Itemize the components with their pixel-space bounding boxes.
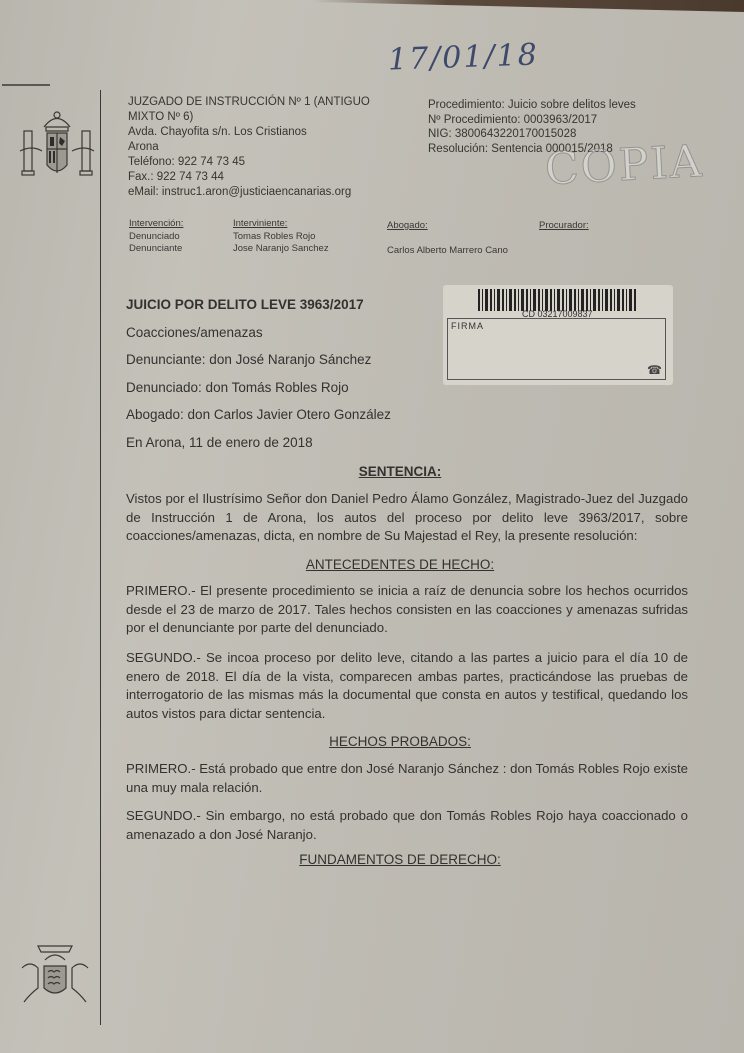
antecedente-primero: PRIMERO.- El presente procedimiento se i… xyxy=(126,582,688,638)
party-lawyer: Carlos Alberto Marrero Cano xyxy=(387,245,508,258)
barcode xyxy=(478,289,638,311)
party-role: Denunciado xyxy=(129,231,183,244)
document-page: 17/01/18 xyxy=(0,0,744,1053)
signature-box: FIRMA ☎ xyxy=(447,318,666,380)
pen-mark xyxy=(2,84,50,86)
spain-coat-of-arms-icon xyxy=(14,105,100,195)
signature-label: FIRMA xyxy=(451,321,484,331)
case-lawyer: Abogado: don Carlos Javier Otero Gonzále… xyxy=(126,407,391,435)
party-name: Tomas Robles Rojo xyxy=(233,231,329,244)
case-title: JUICIO POR DELITO LEVE 3963/2017 xyxy=(126,297,391,325)
case-subject: Coacciones/amenazas xyxy=(126,325,391,353)
party-lawyer-empty xyxy=(387,233,508,246)
parties-header-procurador: Procurador: xyxy=(539,220,589,233)
handwritten-date: 17/01/18 xyxy=(387,37,539,77)
canary-islands-coat-of-arms-icon xyxy=(12,938,98,1018)
parties-header-interviniente: Interviniente: xyxy=(233,218,329,231)
fundamentos-heading: FUNDAMENTOS DE DERECHO: xyxy=(100,852,700,867)
court-phone: Teléfono: 922 74 73 45 xyxy=(128,155,370,170)
sentence-intro: Vistos por el Ilustrísimo Señor don Dani… xyxy=(126,490,688,546)
sentence-heading: SENTENCIA: xyxy=(100,464,700,479)
desk-edge xyxy=(0,0,744,12)
procedure-type: Procedimiento: Juicio sobre delitos leve… xyxy=(428,98,636,113)
antecedentes-heading: ANTECEDENTES DE HECHO: xyxy=(100,557,700,572)
parties-header-intervencion: Intervención: xyxy=(129,218,183,231)
parties-col-intervencion: Intervención: Denunciado Denunciante xyxy=(129,218,183,256)
parties-col-abogado: Abogado: Carlos Alberto Marrero Cano xyxy=(387,220,508,258)
parties-col-interviniente: Interviniente: Tomas Robles Rojo Jose Na… xyxy=(233,218,329,256)
court-city: Arona xyxy=(128,140,370,155)
party-role: Denunciante xyxy=(129,243,183,256)
procedure-number: Nº Procedimiento: 0003963/2017 xyxy=(428,113,636,128)
hecho-segundo: SEGUNDO.- Sin embargo, no está probado q… xyxy=(126,807,688,844)
court-email: eMail: instruc1.aron@justiciaencanarias.… xyxy=(128,185,370,200)
post-horn-icon: ☎ xyxy=(647,363,662,377)
court-name: JUZGADO DE INSTRUCCIÓN Nº 1 (ANTIGUO xyxy=(128,95,370,110)
court-address: Avda. Chayofita s/n. Los Cristianos xyxy=(128,125,370,140)
procedure-nig: NIG: 3800643220170015028 xyxy=(428,127,636,142)
party-name: Jose Naranjo Sanchez xyxy=(233,243,329,256)
case-info: JUICIO POR DELITO LEVE 3963/2017 Coaccio… xyxy=(126,297,391,462)
court-name-cont: MIXTO Nº 6) xyxy=(128,110,370,125)
case-complainant: Denunciante: don José Naranjo Sánchez xyxy=(126,352,391,380)
parties-col-procurador: Procurador: xyxy=(539,220,589,233)
parties-header-abogado: Abogado: xyxy=(387,220,508,233)
hechos-heading: HECHOS PROBADOS: xyxy=(100,734,700,749)
court-header: JUZGADO DE INSTRUCCIÓN Nº 1 (ANTIGUO MIX… xyxy=(128,95,370,200)
case-place-date: En Arona, 11 de enero de 2018 xyxy=(126,435,391,463)
antecedente-segundo: SEGUNDO.- Se incoa proceso por delito le… xyxy=(126,649,688,723)
copia-stamp: COPIA xyxy=(544,136,705,195)
court-fax: Fax.: 922 74 73 44 xyxy=(128,170,370,185)
case-defendant: Denunciado: don Tomás Robles Rojo xyxy=(126,380,391,408)
hecho-primero: PRIMERO.- Está probado que entre don Jos… xyxy=(126,760,688,797)
